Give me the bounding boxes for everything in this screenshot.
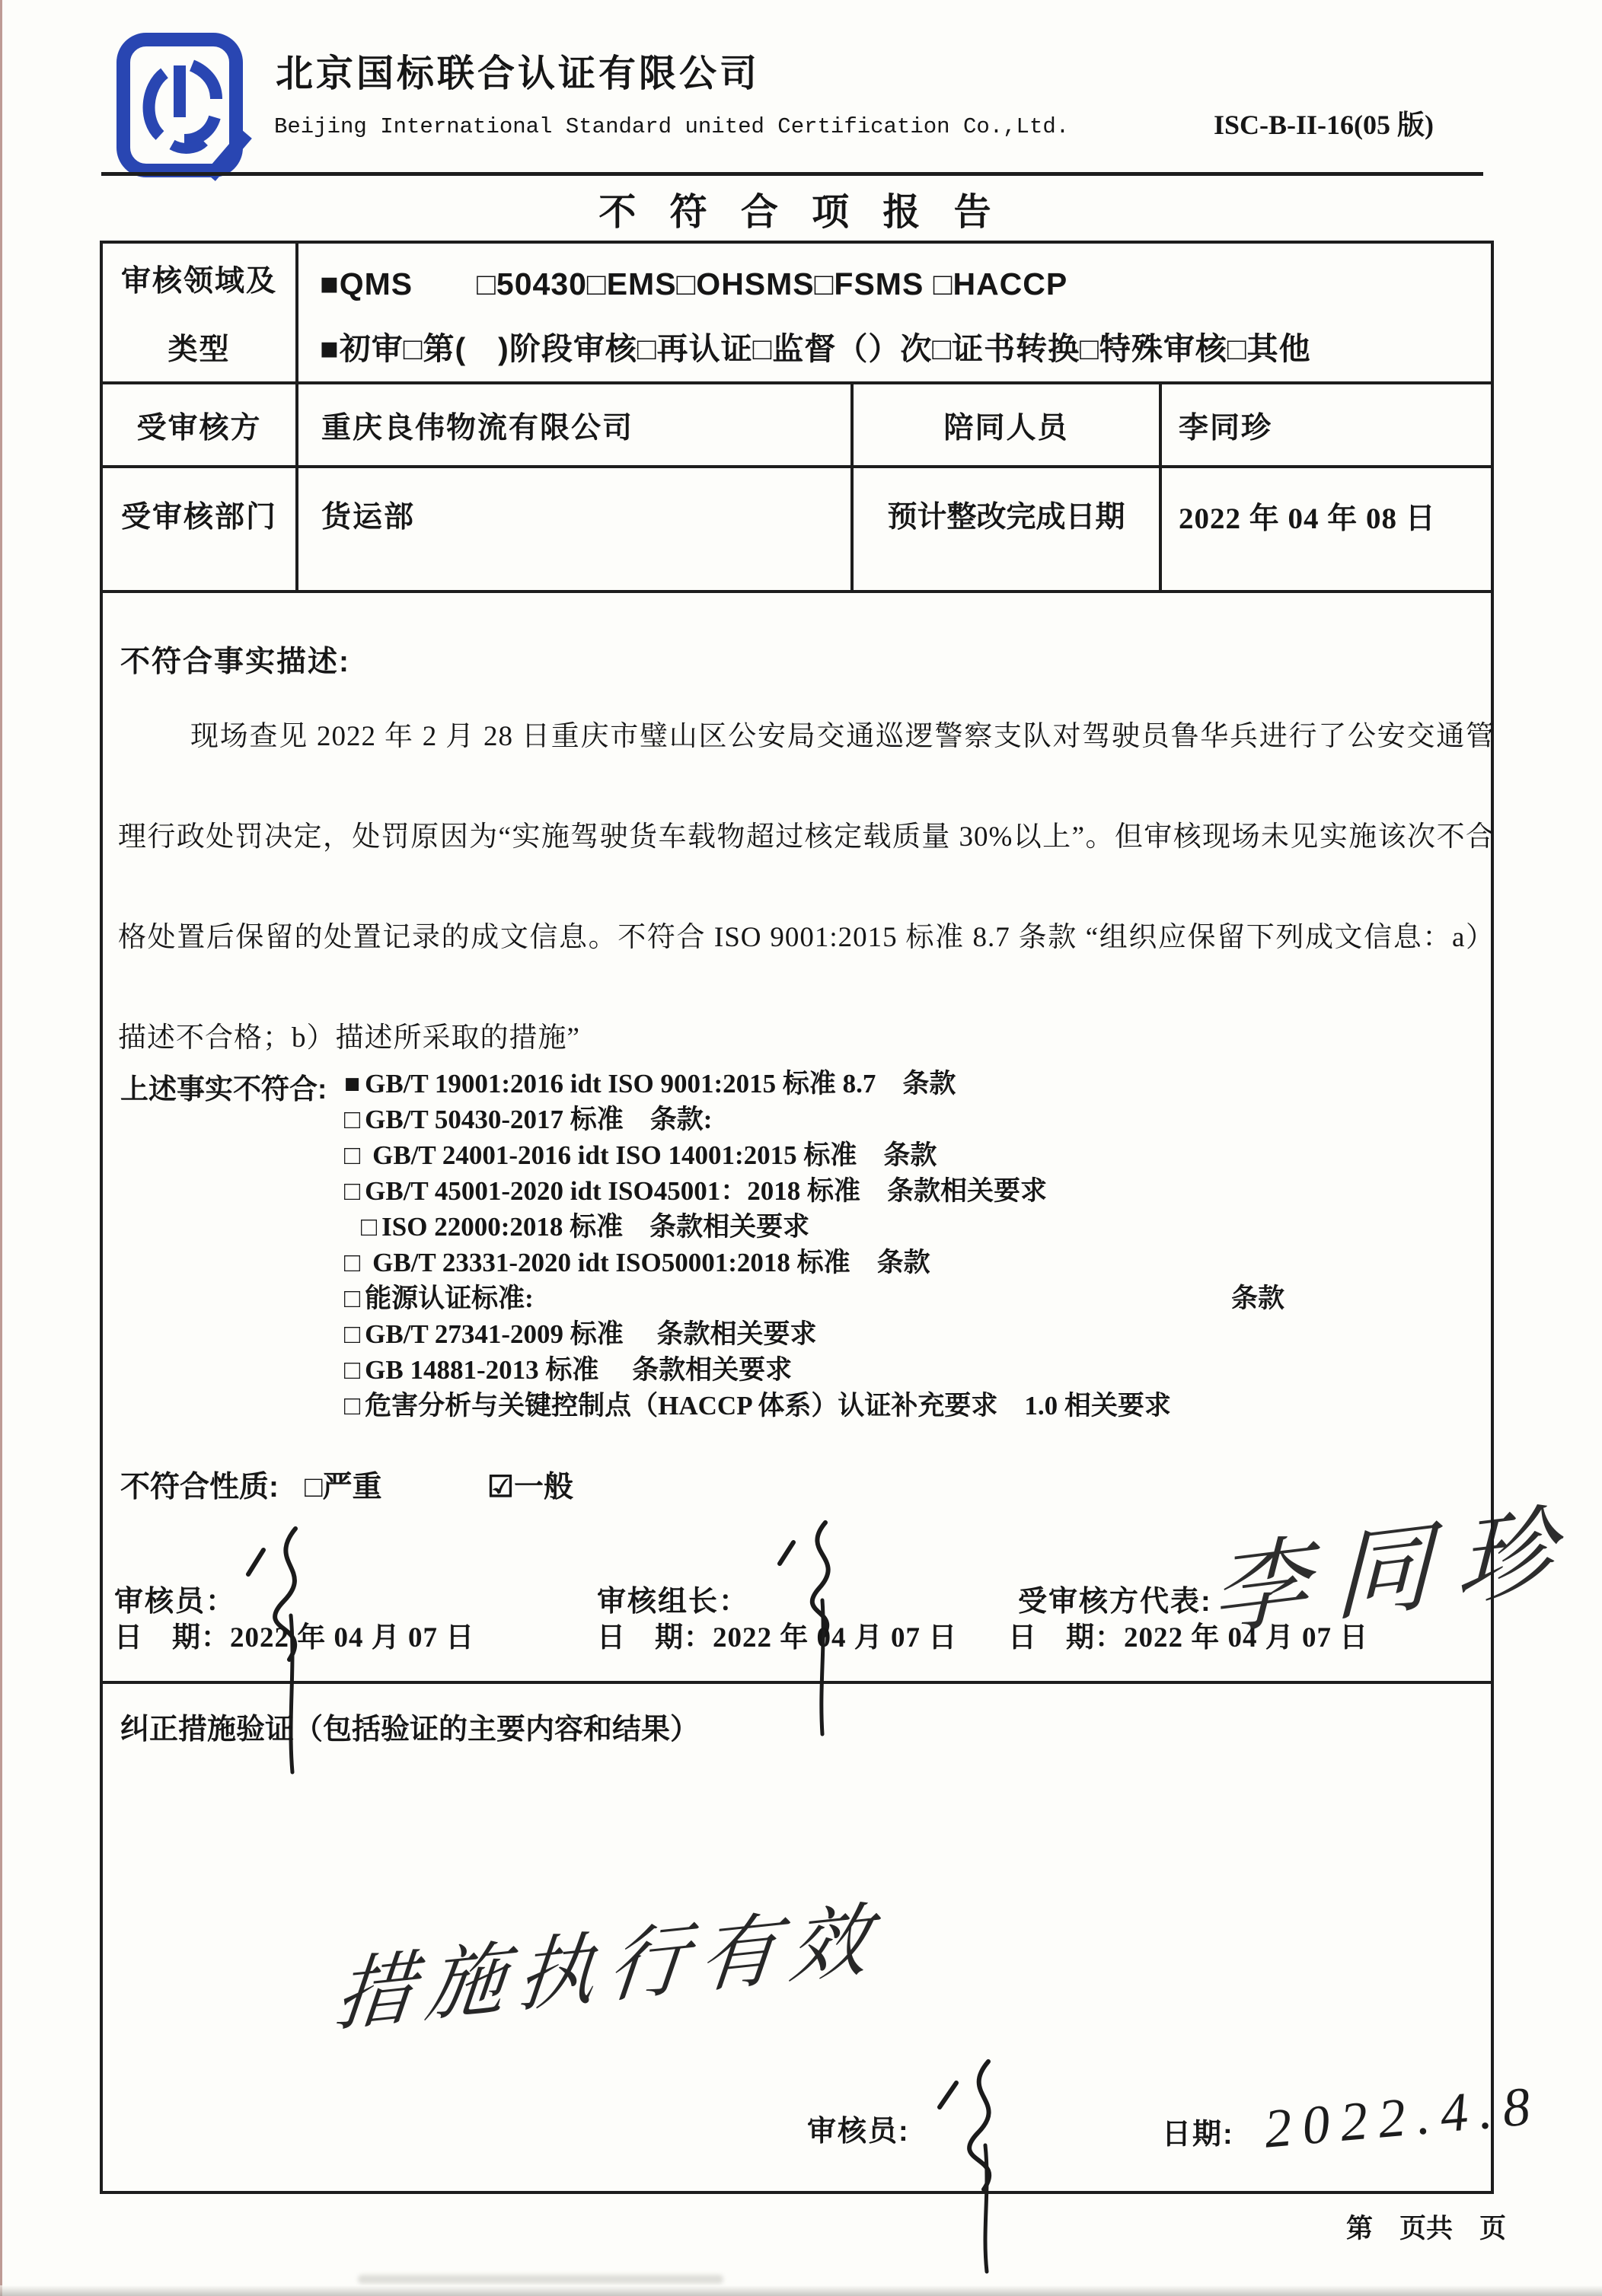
- checkbox-empty-icon: □: [344, 1176, 360, 1206]
- scan-edge-artifact: [0, 0, 2, 2296]
- checkbox-empty-icon: □: [344, 1248, 360, 1277]
- header-rule: [101, 172, 1483, 176]
- standard-item: □GB/T 24001-2016 idt ISO 14001:2015 标准 条…: [344, 1134, 1171, 1170]
- audit-field-label-line1: 审核领域及: [103, 257, 295, 300]
- checkbox-filled-icon: ■: [344, 1069, 360, 1099]
- accompanying-label: 陪同人员: [854, 404, 1159, 447]
- standard-item: □GB/T 45001-2020 idt ISO45001：2018 标准 条款…: [344, 1170, 1171, 1206]
- lead-auditor-label: 审核组长：: [597, 1577, 749, 1619]
- page-number-note: 第 页共 页: [1346, 2208, 1506, 2246]
- completion-date-label: 预计整改完成日期: [854, 493, 1159, 536]
- standard-text: GB/T 27341-2009 标准 条款相关要求: [365, 1319, 816, 1349]
- grid-hline-2: [101, 465, 1491, 468]
- grid-vline-1: [295, 242, 298, 593]
- certification-logo-icon: [113, 32, 265, 181]
- verification-auditor-signature: [914, 2048, 1051, 2276]
- nature-label: 不符合性质:: [120, 1463, 279, 1506]
- auditor-date: 日 期：2022 年 04 月 07 日: [114, 1614, 474, 1655]
- standards-label: 上述事实不符合:: [120, 1066, 327, 1107]
- standard-text: GB/T 24001-2016 idt ISO 14001:2015 标准 条款: [372, 1140, 937, 1170]
- verification-heading: 纠正措施验证（包括验证的主要内容和结果）: [120, 1705, 699, 1747]
- standard-text: GB/T 23331-2020 idt ISO50001:2018 标准 条款: [372, 1248, 930, 1277]
- checkbox-empty-icon: □: [361, 1212, 377, 1242]
- standard-item: □ISO 22000:2018 标准 条款相关要求: [344, 1206, 1171, 1242]
- standard-text: ISO 22000:2018 标准 条款相关要求: [381, 1212, 809, 1242]
- checkbox-empty-icon: □: [344, 1391, 360, 1421]
- grid-vline-3: [1159, 381, 1162, 593]
- standards-list: ■GB/T 19001:2016 idt ISO 9001:2015 标准 8.…: [344, 1063, 1171, 1421]
- representative-label: 受审核方代表:: [1018, 1577, 1212, 1619]
- standard-item: □GB/T 27341-2009 标准 条款相关要求: [344, 1313, 1171, 1349]
- form-code: ISC-B-II-16(05 版): [1214, 104, 1434, 142]
- nature-option-general: ☑一般: [487, 1463, 573, 1506]
- company-name-cn: 北京国标联合认证有限公司: [276, 44, 760, 97]
- audit-field-label-line2: 类型: [103, 326, 295, 368]
- audit-type-checkboxes: ■初审□第( )阶段审核□再认证□监督（）次□证书转换□特殊审核□其他: [320, 324, 1311, 368]
- completion-date-value: 2022 年 04 年 08 日: [1179, 495, 1436, 537]
- company-name-en: Beijing International Standard united Ce…: [274, 114, 1069, 139]
- page-title: 不 符 合 项 报 告: [0, 183, 1602, 236]
- lead-auditor-date: 日 期：2022 年 04 月 07 日: [597, 1614, 957, 1655]
- checkbox-empty-icon: □: [344, 1319, 360, 1349]
- description-heading: 不符合事实描述:: [120, 638, 350, 681]
- auditor-label: 审核员：: [114, 1577, 236, 1619]
- scan-bottom-shadow: [0, 2285, 1602, 2296]
- grid-hline-1: [101, 381, 1491, 384]
- standard-text: GB/T 19001:2016 idt ISO 9001:2015 标准 8.7…: [365, 1069, 956, 1099]
- nature-option-general-text: 一般: [514, 1471, 573, 1504]
- verification-auditor-label: 审核员:: [807, 2107, 910, 2149]
- checkbox-empty-icon: □: [344, 1355, 360, 1385]
- representative-date: 日 期：2022 年 04 月 07 日: [1008, 1614, 1368, 1655]
- standard-text: 能源认证标准:: [365, 1284, 534, 1313]
- verification-date-label: 日期:: [1162, 2110, 1234, 2152]
- standard-item: □GB/T 50430-2017 标准 条款:: [344, 1099, 1171, 1134]
- accompanying-value: 李同珍: [1179, 404, 1272, 447]
- department-value: 货运部: [321, 493, 415, 536]
- standard-clause-text: 条款: [1231, 1277, 1284, 1315]
- standard-item: □能源认证标准: 条款: [344, 1277, 1171, 1313]
- grid-hline-3: [101, 590, 1491, 593]
- audit-field-checkboxes: ■QMS □50430□EMS□OHSMS□FSMS □HACCP: [320, 259, 1067, 304]
- nature-option-severe-text: 严重: [323, 1471, 382, 1504]
- checkbox-empty-icon: □: [305, 1471, 323, 1504]
- checkbox-checked-icon: ☑: [487, 1471, 514, 1504]
- standard-text: 危害分析与关键控制点（HACCP 体系）认证补充要求 1.0 相关要求: [365, 1391, 1171, 1421]
- checkbox-empty-icon: □: [344, 1284, 360, 1313]
- scan-smudge: [358, 2275, 723, 2284]
- standard-item: □GB 14881-2013 标准 条款相关要求: [344, 1349, 1171, 1385]
- checkbox-empty-icon: □: [344, 1105, 360, 1134]
- nature-option-severe: □严重: [305, 1463, 382, 1506]
- auditee-value: 重庆良伟物流有限公司: [321, 404, 633, 447]
- standard-item: ■GB/T 19001:2016 idt ISO 9001:2015 标准 8.…: [344, 1063, 1171, 1099]
- standard-item: □GB/T 23331-2020 idt ISO50001:2018 标准 条款: [344, 1242, 1171, 1277]
- standard-text: GB/T 50430-2017 标准 条款:: [365, 1105, 712, 1134]
- standard-item: □危害分析与关键控制点（HACCP 体系）认证补充要求 1.0 相关要求: [344, 1385, 1171, 1421]
- auditee-label: 受审核方: [103, 404, 295, 447]
- standard-text: GB/T 45001-2020 idt ISO45001：2018 标准 条款相…: [365, 1176, 1047, 1206]
- scanned-nonconformity-report: 北京国标联合认证有限公司 Beijing International Stand…: [0, 0, 1602, 2296]
- department-label: 受审核部门: [103, 493, 295, 536]
- checkbox-empty-icon: □: [344, 1140, 360, 1170]
- standard-text: GB 14881-2013 标准 条款相关要求: [365, 1355, 792, 1385]
- description-paragraph: 现场查见 2022 年 2 月 28 日重庆市璧山区公安局交通巡逻警察支队对驾驶…: [118, 687, 1495, 1089]
